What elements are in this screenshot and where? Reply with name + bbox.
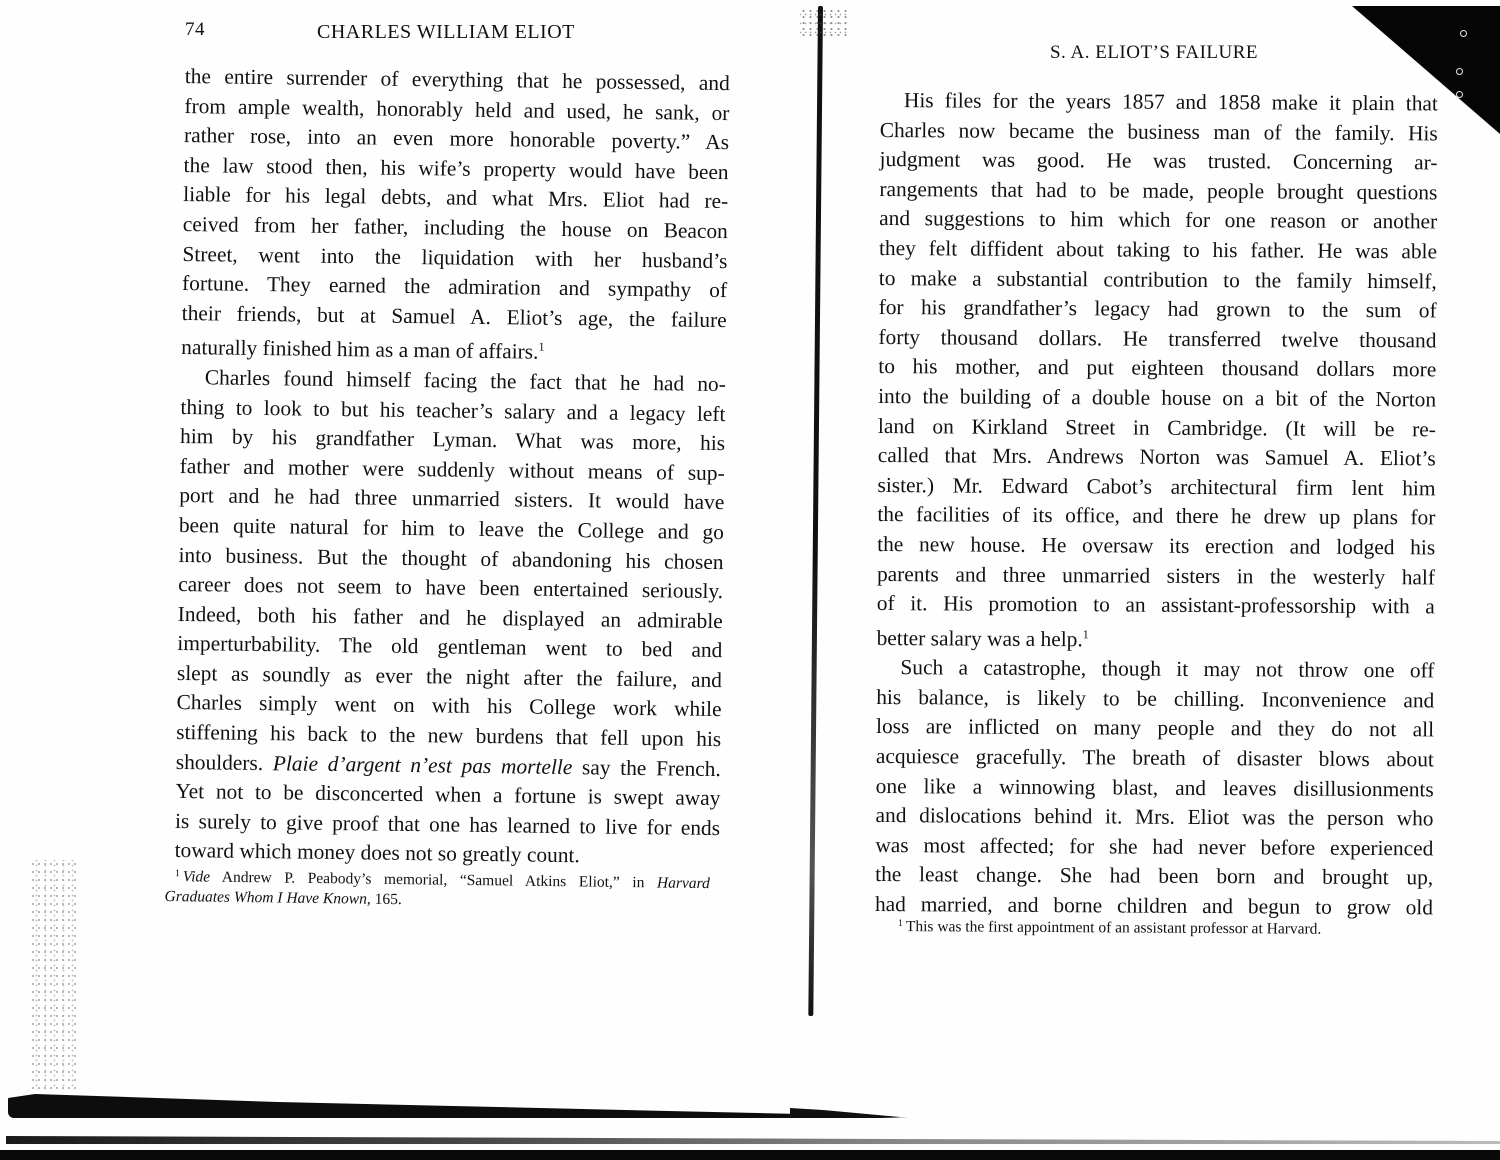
- page-number: 74: [185, 19, 205, 41]
- text-line: his balance, is likely to be chilling. I…: [876, 683, 1434, 716]
- text-line: to make a substantial contribution to th…: [879, 264, 1437, 297]
- text-line: forty thousand dollars. He transferred t…: [878, 323, 1436, 356]
- text-line: His files for the years 1857 and 1858 ma…: [880, 86, 1438, 119]
- footnote-number: 1: [898, 918, 903, 929]
- text-line: sister.) Mr. Edward Cabot’s architectura…: [877, 471, 1435, 504]
- running-header: S. A. ELIOT’S FAILURE: [880, 42, 1440, 82]
- text-line: and suggestions to him which for one rea…: [879, 204, 1437, 237]
- text-line: the least change. She had been born and …: [875, 860, 1433, 893]
- footnote-italic: Vide: [183, 868, 210, 885]
- footnote: 1This was the first appointment of an as…: [888, 914, 1408, 940]
- right-page: S. A. ELIOT’S FAILURE His files for the …: [880, 0, 1440, 40]
- text-line: they felt diffident about taking to his …: [879, 234, 1437, 267]
- left-page: 74 CHARLES WILLIAM ELIOT the entire surr…: [165, 0, 730, 40]
- punch-hole-icon: [1460, 30, 1467, 37]
- punch-hole-icon: [1456, 91, 1463, 98]
- footnote-italic: Harvard: [657, 874, 710, 892]
- text-line: Such a catastrophe, though it may not th…: [876, 653, 1434, 686]
- punch-hole-icon: [1456, 68, 1463, 75]
- text-line: for his grandfather’s legacy had grown t…: [879, 293, 1437, 326]
- text-line: one like a winnowing blast, and leaves d…: [876, 772, 1434, 805]
- running-title: S. A. ELIOT’S FAILURE: [1050, 42, 1258, 64]
- text-line: judgment was good. He was trusted. Conce…: [879, 145, 1437, 178]
- page-edge-shadow: [8, 1094, 908, 1118]
- text-line-content: naturally finished him as a man of affai…: [181, 335, 538, 364]
- footnote-marker: 1: [1083, 627, 1089, 641]
- text-line: the new house. He oversaw its erection a…: [877, 530, 1435, 563]
- text-line: rangements that had to be made, people b…: [879, 175, 1437, 208]
- text-line: called that Mrs. Andrews Norton was Samu…: [878, 441, 1436, 474]
- text-line: to his mother, and put eighteen thousand…: [878, 352, 1436, 385]
- footnote-marker: 1: [538, 340, 544, 354]
- footnote-line: 1This was the first appointment of an as…: [888, 914, 1408, 940]
- text-line: into the building of a double house on a…: [878, 382, 1436, 415]
- text-line: acquiesce gracefully. The breath of disa…: [876, 742, 1434, 775]
- french-proverb: Plaie d’argent n’est pas mortelle: [273, 751, 573, 779]
- body-text: His files for the years 1857 and 1858 ma…: [875, 86, 1438, 923]
- text-line: was most affected; for she had never bef…: [875, 831, 1433, 864]
- body-text: the entire surrender of everything that …: [174, 62, 729, 873]
- text-line: better salary was a help.1: [877, 619, 1435, 657]
- text-line: and dislocations behind it. Mrs. Eliot w…: [875, 801, 1433, 834]
- text-line: loss are inflicted on many people and th…: [876, 712, 1434, 745]
- running-header: 74 CHARLES WILLIAM ELIOT: [165, 16, 730, 56]
- footnote: 1Vide Andrew P. Peabody’s memorial, “Sam…: [164, 864, 710, 914]
- book-spread-scan: 74 CHARLES WILLIAM ELIOT the entire surr…: [0, 0, 1500, 1160]
- text-line: of it. His promotion to an assistant-pro…: [877, 589, 1435, 622]
- footnote-number: 1: [175, 868, 180, 879]
- footnote-text: This was the first appointment of an ass…: [906, 918, 1321, 938]
- footnote-italic: Graduates Whom I Have Known: [164, 888, 367, 908]
- text-line: the facilities of its office, and there …: [877, 500, 1435, 533]
- scan-noise: [30, 860, 80, 1090]
- text-line: Charles now became the business man of t…: [880, 116, 1438, 149]
- scan-noise: [800, 8, 850, 38]
- text-line: land on Kirkland Street in Cambridge. (I…: [878, 412, 1436, 445]
- book-spine-gutter: [808, 6, 823, 1016]
- footnote-text: , 165.: [367, 891, 402, 908]
- text-line-content: say the French.: [572, 755, 721, 781]
- scanner-bottom-border: [0, 1150, 1500, 1160]
- running-title: CHARLES WILLIAM ELIOT: [317, 21, 575, 44]
- text-line-content: better salary was a help.: [877, 626, 1083, 651]
- text-line: parents and three unmarried sisters in t…: [877, 559, 1435, 592]
- page-edge-shadow: [790, 1108, 900, 1118]
- text-line-content: shoulders.: [176, 750, 273, 775]
- page-edge-shadow: [6, 1136, 1500, 1144]
